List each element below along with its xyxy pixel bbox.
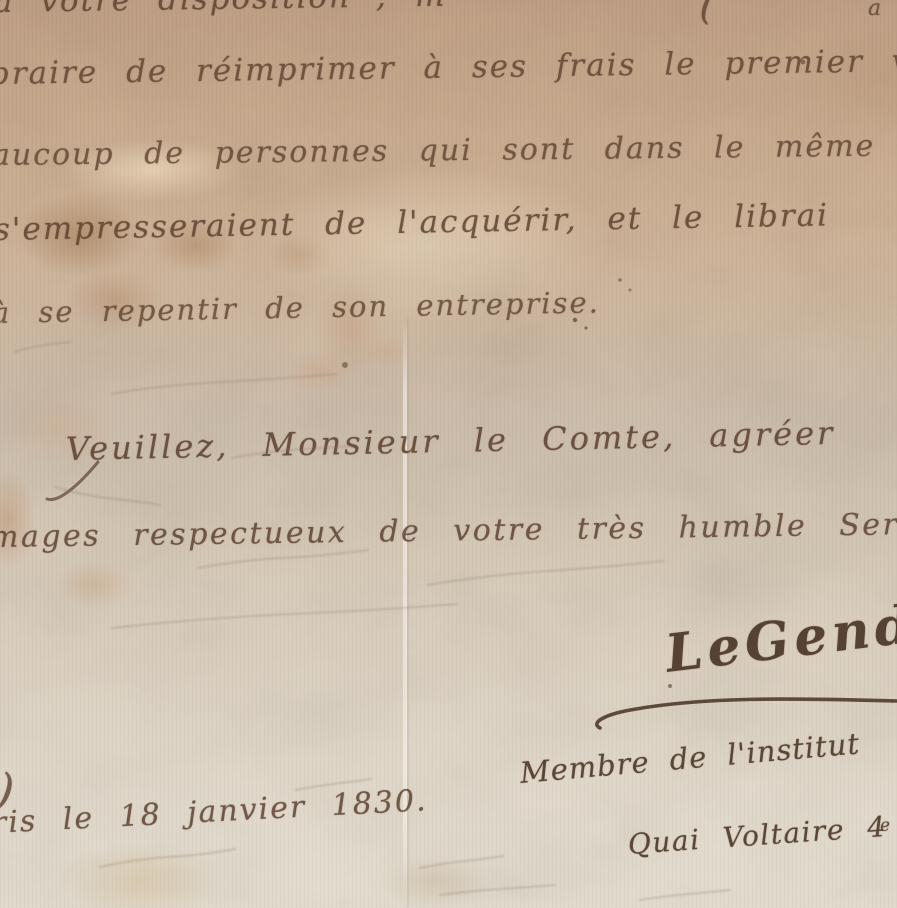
letter-photograph: à votre disposition ; m braire de réimpr… bbox=[0, 0, 897, 908]
corner-mark-fragment: a bbox=[868, 0, 881, 21]
address-superscript: e bbox=[879, 815, 890, 836]
